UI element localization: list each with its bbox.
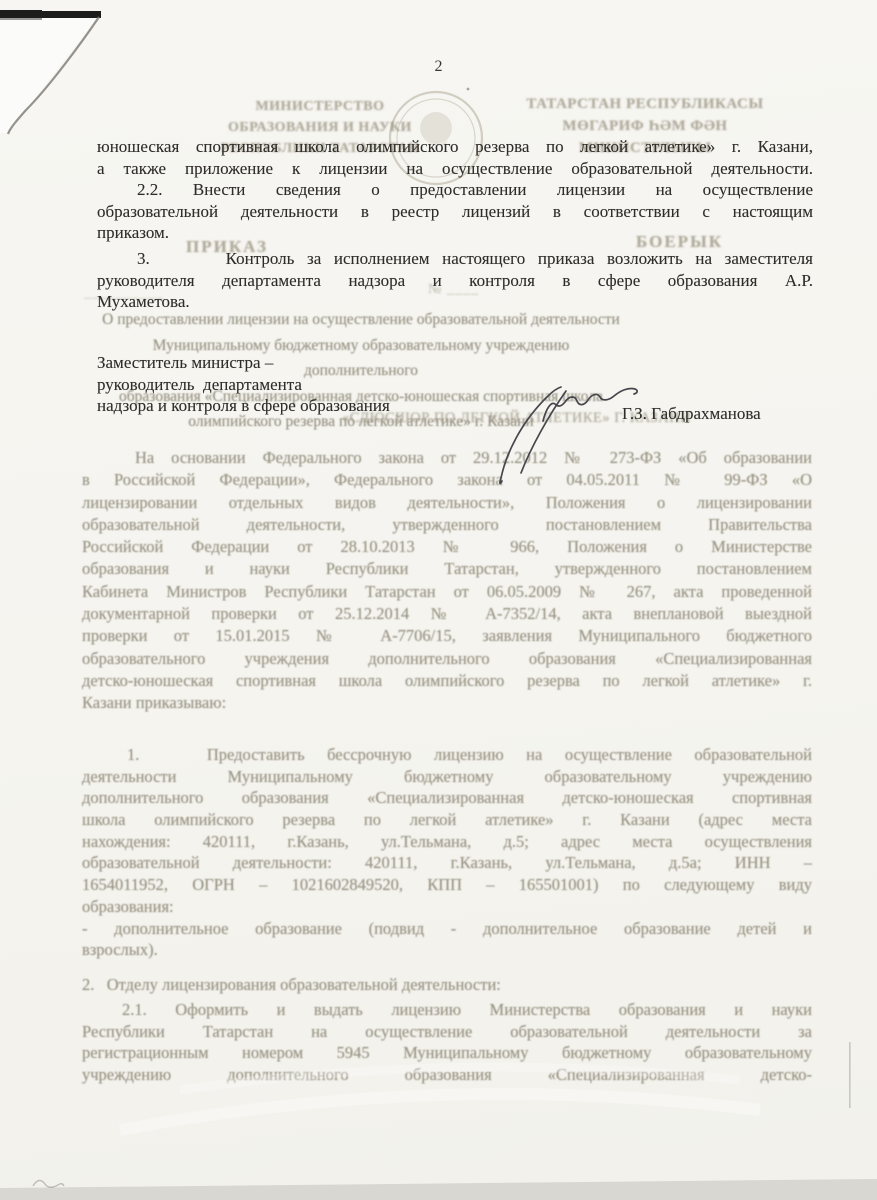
text-line: дополнительного образования «Специализир…	[82, 787, 812, 809]
text-line: в Российской Федерации», Федерального за…	[82, 469, 812, 491]
text-line: школа олимпийского резерва по легкой атл…	[82, 809, 812, 831]
text-line: образовательной деятельности: 420111, г.…	[82, 852, 812, 874]
bleedthrough-grant-paragraph: 1. Предоставить бессрочную лицензию на о…	[82, 744, 812, 961]
bleedthrough-section21: 2.1. Оформить и выдать лицензию Министер…	[82, 999, 812, 1086]
text-line: Мухаметова.	[97, 291, 813, 313]
pencil-scribble-icon	[33, 1180, 64, 1187]
corner-black-bar-icon	[0, 11, 101, 18]
bleedthrough-preamble: На основании Федерального закона от 29.1…	[82, 447, 812, 715]
text-line: Российской Федерации от 28.10.2013 № 966…	[82, 536, 812, 558]
text-line: 2.1. Оформить и выдать лицензию Министер…	[82, 999, 812, 1021]
right-edge-artifact-icon	[849, 1042, 851, 1108]
text-line: деятельности Муниципальному бюджетному о…	[82, 766, 812, 788]
text-line: ОБРАЗОВАНИЯ И НАУКИ	[205, 117, 435, 138]
text-line: 3. Контроль за исполнением настоящего пр…	[97, 248, 813, 270]
text-line: нахождения: 420111, г.Казань, ул.Тельман…	[82, 831, 812, 853]
scanned-document-page: МИНИСТЕРСТВООБРАЗОВАНИЯ И НАУКИРЕСПУБЛИК…	[0, 0, 877, 1200]
text-line: 1. Предоставить бессрочную лицензию на о…	[82, 744, 812, 766]
text-line: 1654011952, ОГРН – 1021602849520, КПП – …	[82, 874, 812, 896]
bleedthrough-section2: 2. Отделу лицензирования образовательной…	[82, 974, 812, 996]
text-line: ТАТАРСТАН РЕСПУБЛИКАСЫ	[500, 93, 790, 115]
text-line: образовательного учреждения дополнительн…	[82, 648, 812, 670]
text-line: лицензировании отдельных видов деятельно…	[82, 492, 812, 514]
text-line: детско-юношеская спортивная школа олимпи…	[82, 670, 812, 692]
text-line: Кабинета Министров Республики Татарстан …	[82, 581, 812, 603]
text-line: руководителя департамента надзора и конт…	[97, 270, 813, 292]
text-line: проверки от 15.01.2015 № А-7706/15, заяв…	[82, 625, 812, 647]
text-line: 2.2. Внести сведения о предоставлении ли…	[97, 179, 813, 201]
paragraph-3: 3. Контроль за исполнением настоящего пр…	[97, 248, 813, 313]
text-line: МӨГАРИФ ҺӘМ ФӘН	[500, 115, 790, 137]
text-line: юношеская спортивная школа олимпийского …	[97, 136, 813, 158]
signoff-title: Заместитель министра –руководитель депар…	[97, 352, 497, 417]
corner-black-bar-thick-icon	[0, 10, 42, 20]
ink-speck-icon	[467, 88, 470, 91]
scan-glare-icon	[120, 1094, 760, 1130]
text-line: 2. Отделу лицензирования образовательной…	[82, 974, 812, 996]
paragraph-tail: юношеская спортивная школа олимпийского …	[97, 136, 813, 179]
paragraph-2-2: 2.2. Внести сведения о предоставлении ли…	[97, 179, 813, 244]
text-line: руководитель департамента	[97, 374, 497, 396]
text-line: МИНИСТЕРСТВО	[205, 96, 435, 117]
text-line: Заместитель министра –	[97, 352, 497, 374]
text-line: На основании Федерального закона от 29.1…	[82, 447, 812, 469]
bottom-scan-band-icon	[0, 1179, 877, 1200]
text-line: надзора и контроля в сфере образования	[97, 395, 497, 417]
text-line: образовательной деятельности в реестр ли…	[97, 201, 813, 223]
text-line: Казани приказываю:	[82, 692, 812, 714]
signer-name: Г.З. Габдрахманова	[622, 404, 822, 424]
text-line: документарной проверки от 25.12.2014 № А…	[82, 603, 812, 625]
page-number: 2	[0, 58, 877, 76]
text-line: учреждению дополнительного образования «…	[82, 1064, 812, 1086]
text-line: образования и науки Республики Татарстан…	[82, 558, 812, 580]
text-line: образовательной деятельности, утвержденн…	[82, 514, 812, 536]
text-line: регистрационным номером 5945 Муниципальн…	[82, 1042, 812, 1064]
text-line: а также приложение к лицензии на осущест…	[97, 158, 813, 180]
text-line: взрослых).	[82, 939, 812, 961]
text-line: приказом.	[97, 222, 813, 244]
text-line: образования:	[82, 896, 812, 918]
text-line: - дополнительное образование (подвид - д…	[82, 918, 812, 940]
text-line: Республики Татарстан на осуществление об…	[82, 1021, 812, 1043]
